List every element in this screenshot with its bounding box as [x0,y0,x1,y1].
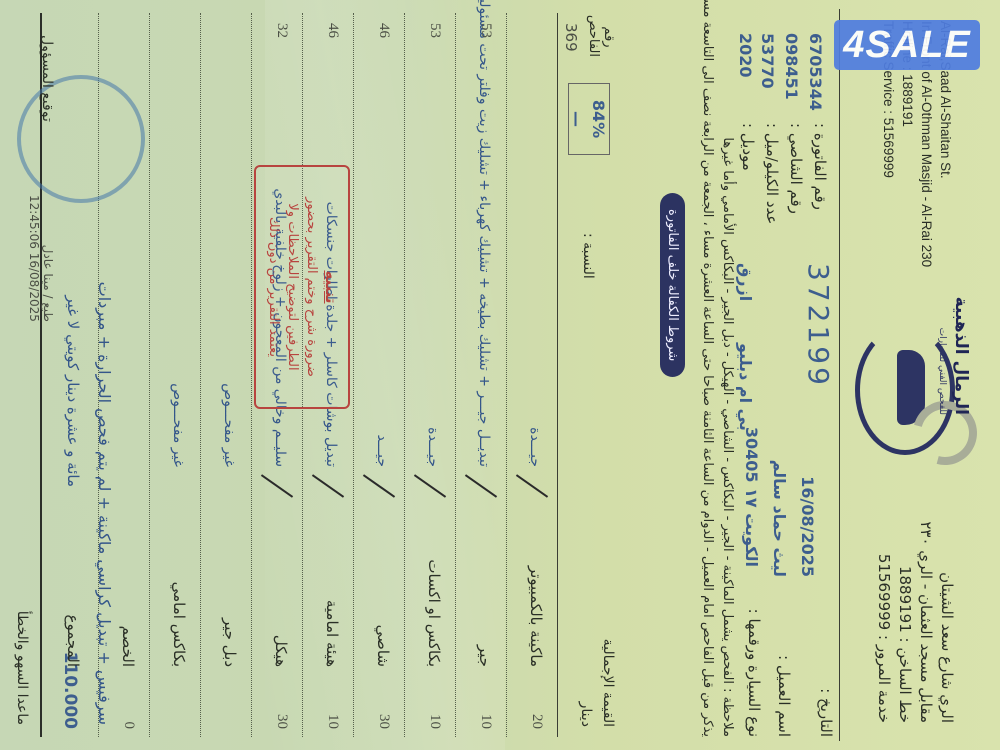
part-name: دبل جير [221,618,239,667]
table-header: القيمة الإجمالية دينار النسبة : 84%— رقم… [557,13,620,737]
part-name: بكاكس امامي [170,582,188,667]
header-divider [839,9,840,741]
table-row: بكاكس اماميغير مفحـــوص [149,13,200,737]
max-points: 20 [528,714,545,729]
notice-box: تنبيه ضرورة شرح وختم التقرير بحضور الطرف… [254,165,350,409]
signature-label: توقيع المسؤول [39,35,55,122]
note-line-2: يذكر من قبل الفاحص امام العميل - الدوام … [700,0,715,737]
check-mark-icon [516,474,548,497]
date-label: التاريخ : [817,688,835,737]
max-points: 30 [375,714,392,729]
ratio-box: 84%— [568,83,610,155]
ratio-value: 84% [589,100,608,138]
company-logo: الرمال الذهبية للفحص الفني للسيارات [855,295,985,475]
traffic-service-ar: خدمة المرور : 51569999 [873,463,894,723]
table-row: 30شاصيجيـــد46 [353,13,404,737]
max-points: 30 [273,714,290,729]
row-score: 53 [477,23,494,38]
car-value: الكويت ١٧ 30405 [742,427,761,567]
notice-line: الطرفين لتوضيح الملاحظات ولا [283,177,302,397]
table-row: 10بكاكس او اكساتجيـــدة53 [404,13,455,737]
total-value-header: القيمة الإجمالية [600,639,616,727]
check-mark-icon [465,474,497,497]
condition-text: تبديــل جيـــر + تشليك بطيخه + تشليك كهر… [476,0,492,467]
notice-line: يعتمد التقرير من دون ذلك [264,177,283,397]
brand-name: الرمال الذهبية [951,297,971,415]
max-points: 0 [120,722,137,730]
disclaimer: ماعدا السهو والخطأ [14,611,30,725]
note-line-1: ملاحظة : الفحص يشمل الماكينة - الجير - ا… [720,137,735,737]
part-name: هيكل [272,635,290,667]
inspection-invoice-sheet: الري شارع سعد الشيتان مقابل مسجد العثمان… [0,0,1000,750]
part-name: هيئة امامية [323,600,341,667]
customer-label: اسم العميل : [775,655,793,737]
part-name: شاصي [374,625,392,667]
condition-text: جيـــدة [425,427,441,467]
max-points: 10 [324,714,341,729]
address-line: الري شارع سعد الشيتان [936,463,957,723]
brand-subtitle: للفحص الفني للسيارات [937,328,947,415]
warranty-terms-pill: شروط الكفالة خلف الفاتورة [660,193,685,377]
condition-text: غير مفحـــوص [221,383,237,467]
table-row: 20ماكينة بالكمبيوترجيـــدة [506,13,557,737]
address-arabic: الري شارع سعد الشيتان مقابل مسجد العثمان… [873,463,957,723]
model-value: 2020 [736,33,755,78]
max-points: 10 [477,714,494,729]
km-value: 53770 [758,33,777,89]
part-name: جير [476,645,494,667]
part-name: الخصم [119,626,137,667]
date-value: 16/08/2025 [798,476,817,577]
currency-header: دينار [578,702,594,727]
inspector-header: رقم الفاحص [586,17,616,57]
condition-text: جيـــدة [527,427,543,467]
part-name: ماكينة بالكمبيوتر [527,566,545,667]
total-in-words: مائة و عشرة دينار كويتي لا غير [64,295,82,487]
print-meta: طبع / مينا عادل 16/08/2025 12:45:06 [27,195,55,322]
check-mark-icon [312,474,344,497]
model-label: موديل : [739,123,757,171]
part-name: بكاكس او اكسات [425,559,443,667]
printed-by: طبع / مينا عادل [41,195,55,322]
km-label: عدد الكيلو/ميل : [763,123,781,224]
invoice-serial: 372199 [802,263,835,388]
company-stamp-icon [17,75,145,203]
chassis-value: 098451 [782,33,801,100]
color-value: ازرق [736,263,755,301]
max-points: 10 [426,714,443,729]
notice-title: تنبيه [321,177,340,397]
invoice-label: رقم الفاتورة : [811,123,829,210]
total-label: المجموع [64,615,82,667]
address-line: مقابل مسجد العثمان - الري ٢٣٠ [915,463,936,723]
invoice-header: الري شارع سعد الشيتان مقابل مسجد العثمان… [845,5,995,745]
car-label: نوع السيارة ورقمها : [745,609,763,737]
hotline-ar: خط الساخن : 1889191 [894,463,915,723]
check-mark-icon [414,474,446,497]
ratio-label: النسبة : [580,233,596,279]
customer-value: ليث حماد سالم [770,460,789,577]
condition-text: جيـــد [374,434,390,467]
4sale-watermark: 4SALE [834,20,980,70]
inspector-number: 369 [562,23,580,52]
invoice-info: التاريخ : 16/08/2025 اسم العميل : ليث حم… [635,13,835,737]
make-value: بي ام دبليو [736,343,755,431]
condition-text: غير مفحـــوص [170,383,186,467]
row-score: 46 [324,23,341,38]
table-row: 10جيرتبديــل جيـــر + تشليك بطيخه + تشلي… [455,13,506,737]
row-score: 46 [375,23,392,38]
printed-at: 16/08/2025 12:45:06 [27,195,41,322]
check-mark-icon [261,474,293,497]
check-mark-icon [363,474,395,497]
invoice-value: 6705344 [806,33,825,111]
table-row: دبل جيرغير مفحـــوص [200,13,251,737]
notice-line: ضرورة شرح وختم التقرير بحضور [302,177,321,397]
row-score: 53 [426,23,443,38]
chassis-label: رقم الشاصي : [787,123,805,214]
row-score: 32 [273,23,290,38]
